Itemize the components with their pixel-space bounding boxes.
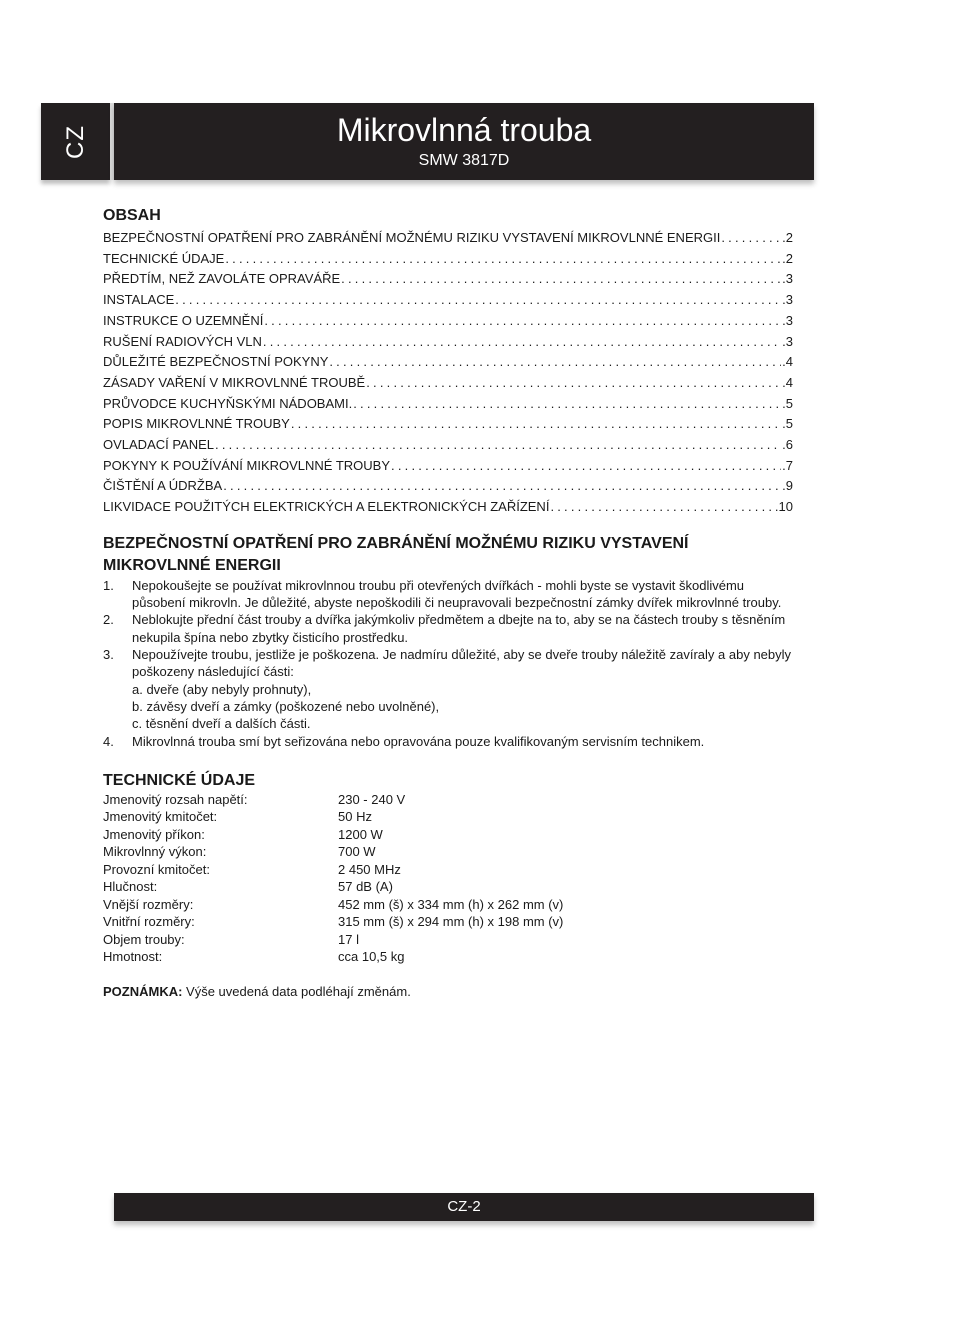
spec-label: Hmotnost: bbox=[103, 948, 338, 966]
spec-value: 315 mm (š) x 294 mm (h) x 198 mm (v) bbox=[338, 913, 563, 931]
toc-entry-label: PŘEDTÍM, NEŽ ZAVOLÁTE OPRAVÁŘE bbox=[103, 269, 340, 290]
spec-value: 57 dB (A) bbox=[338, 878, 393, 896]
safety-item: 2.Neblokujte přední část trouby a dvířka… bbox=[103, 611, 793, 646]
spec-label: Jmenovitý příkon: bbox=[103, 826, 338, 844]
safety-item: 4.Mikrovlnná trouba smí byt seřizována n… bbox=[103, 733, 793, 750]
toc-entry-label: INSTALACE bbox=[103, 290, 174, 311]
toc-leader-dots bbox=[550, 497, 773, 518]
spec-row: Hlučnost:57 dB (A) bbox=[103, 878, 793, 896]
toc-leader-dots bbox=[225, 249, 781, 270]
toc-entry-page: .4 bbox=[782, 352, 793, 373]
language-code: CZ bbox=[62, 125, 90, 159]
safety-list: 1.Nepokoušejte se používat mikrovlnnou t… bbox=[103, 577, 793, 750]
toc-entry-label: POPIS MIKROVLNNÉ TROUBY bbox=[103, 414, 290, 435]
toc-entry-label: INSTRUKCE O UZEMNĚNÍ bbox=[103, 311, 263, 332]
specs-section: TECHNICKÉ ÚDAJE Jmenovitý rozsah napětí:… bbox=[103, 771, 793, 999]
toc-entry-page: .2 bbox=[782, 228, 793, 249]
toc-leader-dots bbox=[391, 456, 781, 477]
toc-entry-page: .3 bbox=[782, 332, 793, 353]
safety-heading-line2: MIKROVLNNÉ ENERGII bbox=[103, 557, 281, 574]
toc-entry-label: POKYNY K POUŽÍVÁNÍ MIKROVLNNÉ TROUBY bbox=[103, 456, 390, 477]
safety-item-number: 4. bbox=[103, 733, 114, 750]
spec-value: 1200 W bbox=[338, 826, 383, 844]
note-text: Výše uvedená data podléhají změnám. bbox=[182, 984, 410, 999]
note: POZNÁMKA: Výše uvedená data podléhají zm… bbox=[103, 984, 793, 999]
toc-entry-page: .5 bbox=[782, 394, 793, 415]
safety-item-text: Nepoužívejte troubu, jestliže je poškoze… bbox=[132, 647, 791, 679]
spec-value: 230 - 240 V bbox=[338, 791, 405, 809]
safety-item: 3.Nepoužívejte troubu, jestliže je poško… bbox=[103, 646, 793, 732]
toc-entry[interactable]: DŮLEŽITÉ BEZPEČNOSTNÍ POKYNY.4 bbox=[103, 352, 793, 373]
toc-entry[interactable]: ČIŠTĚNÍ A ÚDRŽBA.9 bbox=[103, 476, 793, 497]
spec-value: 2 450 MHz bbox=[338, 861, 401, 879]
model-number: SMW 3817D bbox=[114, 151, 814, 171]
toc-entry-label: LIKVIDACE POUŽITÝCH ELEKTRICKÝCH A ELEKT… bbox=[103, 497, 549, 518]
toc-entry[interactable]: ZÁSADY VAŘENÍ V MIKROVLNNÉ TROUBĚ.4 bbox=[103, 373, 793, 394]
spec-row: Objem trouby:17 l bbox=[103, 931, 793, 949]
toc-entry[interactable]: INSTALACE.3 bbox=[103, 290, 793, 311]
toc-leader-dots bbox=[291, 414, 781, 435]
page-header: Mikrovlnná trouba SMW 3817D bbox=[114, 103, 814, 180]
toc-leader-dots bbox=[264, 311, 781, 332]
safety-item-number: 1. bbox=[103, 577, 114, 594]
toc-entry[interactable]: LIKVIDACE POUŽITÝCH ELEKTRICKÝCH A ELEKT… bbox=[103, 497, 793, 518]
toc-entry-label: DŮLEŽITÉ BEZPEČNOSTNÍ POKYNY bbox=[103, 352, 328, 373]
spec-value: 700 W bbox=[338, 843, 376, 861]
toc-entry[interactable]: OVLADACÍ PANEL.6 bbox=[103, 435, 793, 456]
toc-entry[interactable]: TECHNICKÉ ÚDAJE.2 bbox=[103, 249, 793, 270]
toc-entry-page: .3 bbox=[782, 269, 793, 290]
spec-label: Jmenovitý kmitočet: bbox=[103, 808, 338, 826]
spec-value: 17 l bbox=[338, 931, 359, 949]
toc-entry-page: .7 bbox=[782, 456, 793, 477]
toc-entry[interactable]: POPIS MIKROVLNNÉ TROUBY.5 bbox=[103, 414, 793, 435]
spec-row: Hmotnost:cca 10,5 kg bbox=[103, 948, 793, 966]
toc-entry-label: RUŠENÍ RADIOVÝCH VLN bbox=[103, 332, 262, 353]
safety-item-text: Mikrovlnná trouba smí byt seřizována neb… bbox=[132, 734, 704, 749]
spec-label: Vnější rozměry: bbox=[103, 896, 338, 914]
toc-leader-dots bbox=[329, 352, 781, 373]
spec-row: Jmenovitý rozsah napětí:230 - 240 V bbox=[103, 791, 793, 809]
toc-entry-page: .3 bbox=[782, 311, 793, 332]
spec-label: Jmenovitý rozsah napětí: bbox=[103, 791, 338, 809]
document-body: OBSAH BEZPEČNOSTNÍ OPATŘENÍ PRO ZABRÁNĚN… bbox=[103, 206, 793, 999]
specs-table: Jmenovitý rozsah napětí:230 - 240 VJmeno… bbox=[103, 791, 793, 966]
toc-entry[interactable]: RUŠENÍ RADIOVÝCH VLN.3 bbox=[103, 332, 793, 353]
safety-section: BEZPEČNOSTNÍ OPATŘENÍ PRO ZABRÁNĚNÍ MOŽN… bbox=[103, 533, 793, 750]
spec-row: Vnější rozměry:452 mm (š) x 334 mm (h) x… bbox=[103, 896, 793, 914]
toc-leader-dots bbox=[366, 373, 781, 394]
spec-row: Mikrovlnný výkon:700 W bbox=[103, 843, 793, 861]
toc-entry[interactable]: BEZPEČNOSTNÍ OPATŘENÍ PRO ZABRÁNĚNÍ MOŽN… bbox=[103, 228, 793, 249]
safety-item: 1.Nepokoušejte se používat mikrovlnnou t… bbox=[103, 577, 793, 612]
language-tab: CZ bbox=[41, 103, 110, 180]
toc-leader-dots bbox=[341, 269, 781, 290]
table-of-contents: BEZPEČNOSTNÍ OPATŘENÍ PRO ZABRÁNĚNÍ MOŽN… bbox=[103, 228, 793, 518]
toc-entry-label: BEZPEČNOSTNÍ OPATŘENÍ PRO ZABRÁNĚNÍ MOŽN… bbox=[103, 228, 720, 249]
safety-item-text: Neblokujte přední část trouby a dvířka j… bbox=[132, 612, 785, 644]
toc-entry[interactable]: INSTRUKCE O UZEMNĚNÍ.3 bbox=[103, 311, 793, 332]
toc-leader-dots bbox=[353, 394, 781, 415]
spec-row: Vnitřní rozměry:315 mm (š) x 294 mm (h) … bbox=[103, 913, 793, 931]
toc-entry-page: .4 bbox=[782, 373, 793, 394]
spec-row: Jmenovitý příkon:1200 W bbox=[103, 826, 793, 844]
page-number: CZ-2 bbox=[447, 1198, 480, 1215]
spec-label: Objem trouby: bbox=[103, 931, 338, 949]
safety-heading-line1: BEZPEČNOSTNÍ OPATŘENÍ PRO ZABRÁNĚNÍ MOŽN… bbox=[103, 535, 689, 552]
note-label: POZNÁMKA: bbox=[103, 984, 182, 999]
toc-entry-label: TECHNICKÉ ÚDAJE bbox=[103, 249, 224, 270]
toc-leader-dots bbox=[215, 435, 781, 456]
toc-entry-label: OVLADACÍ PANEL bbox=[103, 435, 214, 456]
spec-label: Provozní kmitočet: bbox=[103, 861, 338, 879]
spec-value: 452 mm (š) x 334 mm (h) x 262 mm (v) bbox=[338, 896, 563, 914]
toc-entry-page: .3 bbox=[782, 290, 793, 311]
safety-item-number: 2. bbox=[103, 611, 114, 628]
toc-entry-page: .5 bbox=[782, 414, 793, 435]
toc-entry-label: PRŮVODCE KUCHYŇSKÝMI NÁDOBAMI. bbox=[103, 394, 352, 415]
safety-subitem: c. těsnění dveří a dalších části. bbox=[132, 715, 793, 732]
toc-entry[interactable]: PRŮVODCE KUCHYŇSKÝMI NÁDOBAMI..5 bbox=[103, 394, 793, 415]
spec-value: cca 10,5 kg bbox=[338, 948, 405, 966]
toc-leader-dots bbox=[175, 290, 781, 311]
toc-leader-dots bbox=[223, 476, 781, 497]
toc-leader-dots bbox=[263, 332, 781, 353]
toc-entry-label: ČIŠTĚNÍ A ÚDRŽBA bbox=[103, 476, 222, 497]
toc-entry[interactable]: POKYNY K POUŽÍVÁNÍ MIKROVLNNÉ TROUBY.7 bbox=[103, 456, 793, 477]
toc-heading: OBSAH bbox=[103, 206, 793, 226]
toc-entry[interactable]: PŘEDTÍM, NEŽ ZAVOLÁTE OPRAVÁŘE.3 bbox=[103, 269, 793, 290]
toc-entry-page: .2 bbox=[782, 249, 793, 270]
page-footer: CZ-2 bbox=[114, 1193, 814, 1221]
spec-value: 50 Hz bbox=[338, 808, 372, 826]
spec-label: Vnitřní rozměry: bbox=[103, 913, 338, 931]
safety-heading: BEZPEČNOSTNÍ OPATŘENÍ PRO ZABRÁNĚNÍ MOŽN… bbox=[103, 533, 793, 577]
toc-leader-dots bbox=[721, 228, 781, 249]
toc-entry-page: .6 bbox=[782, 435, 793, 456]
spec-row: Provozní kmitočet:2 450 MHz bbox=[103, 861, 793, 879]
toc-entry-page: .10 bbox=[775, 497, 793, 518]
toc-entry-label: ZÁSADY VAŘENÍ V MIKROVLNNÉ TROUBĚ bbox=[103, 373, 365, 394]
safety-item-text: Nepokoušejte se používat mikrovlnnou tro… bbox=[132, 578, 781, 610]
spec-row: Jmenovitý kmitočet:50 Hz bbox=[103, 808, 793, 826]
safety-subitem: a. dveře (aby nebyly prohnuty), bbox=[132, 681, 793, 698]
spec-label: Hlučnost: bbox=[103, 878, 338, 896]
spec-label: Mikrovlnný výkon: bbox=[103, 843, 338, 861]
toc-entry-page: .9 bbox=[782, 476, 793, 497]
safety-item-number: 3. bbox=[103, 646, 114, 663]
page-title: Mikrovlnná trouba bbox=[114, 111, 814, 149]
specs-heading: TECHNICKÉ ÚDAJE bbox=[103, 771, 793, 791]
safety-subitem: b. závěsy dveří a zámky (poškozené nebo … bbox=[132, 698, 793, 715]
